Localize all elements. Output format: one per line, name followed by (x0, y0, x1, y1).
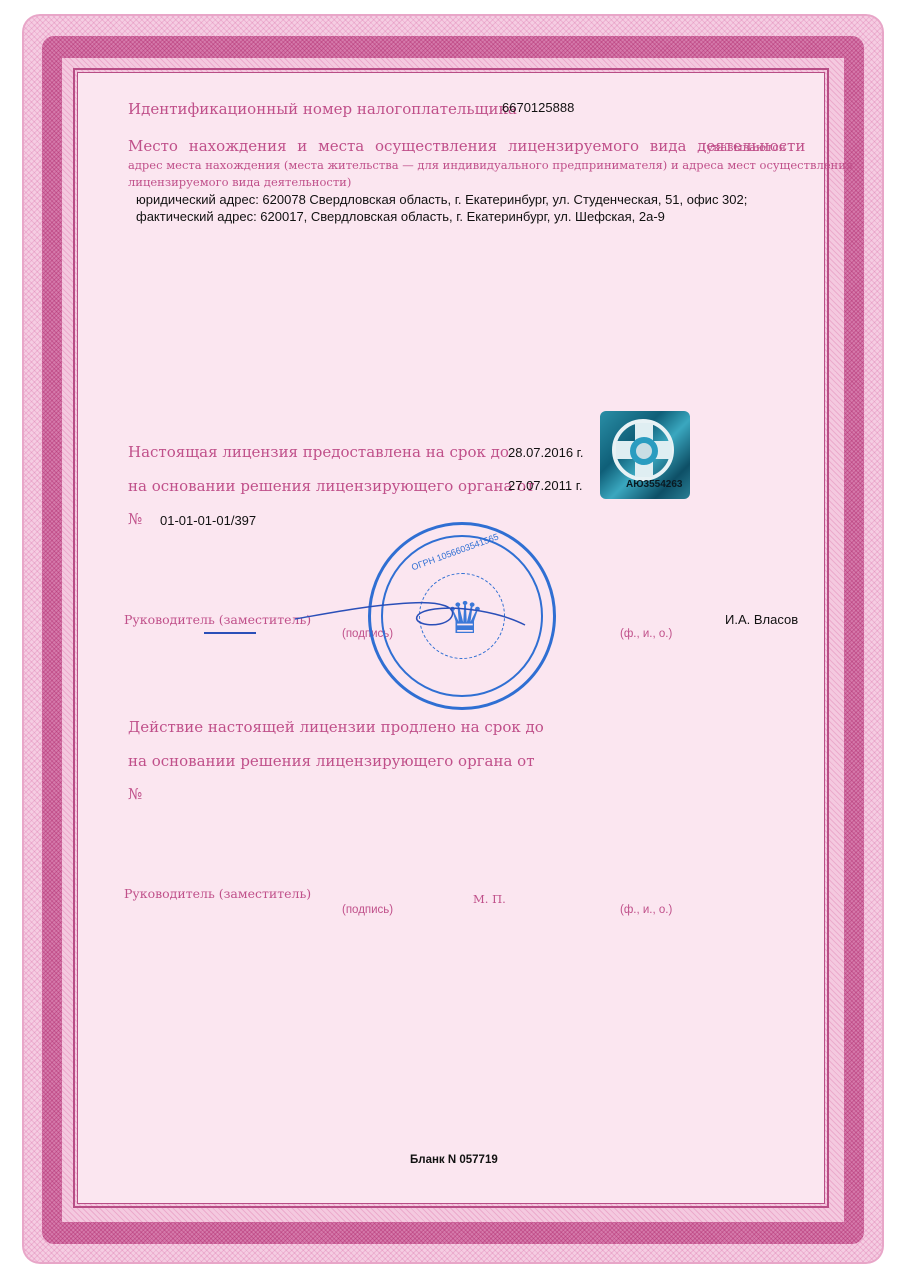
extension-number-label: № (128, 785, 142, 803)
extension-name-label: (ф., и., о.) (620, 904, 672, 916)
signatory-name: И.А. Власов (725, 612, 798, 627)
decision-label: на основании решения лицензирующего орга… (128, 477, 535, 495)
license-sheet: Идентификационный номер налогоплательщик… (0, 0, 907, 1280)
name-label: (ф., и., о.) (620, 628, 672, 640)
license-number-value: 01-01-01-01/397 (160, 513, 256, 528)
legal-address: юридический адрес: 620078 Свердловская о… (136, 192, 747, 207)
valid-until-value: 28.07.2016 г. (508, 445, 583, 460)
extension-stamp-label: М. П. (473, 892, 506, 906)
address-label-line3: лицензируемого вида деятельности) (128, 175, 351, 189)
valid-until-label: Настоящая лицензия предоставлена на срок… (128, 443, 509, 461)
hologram-c-emblem-icon (630, 437, 658, 465)
hologram-sticker: АЮ3554263 (600, 411, 690, 499)
decision-date: 27.07.2011 г. (508, 478, 582, 493)
address-label-note: (указываются (702, 140, 786, 154)
extension-decision-label: на основании решения лицензирующего орга… (128, 752, 535, 770)
extension-signatory-role-label: Руководитель (заместитель) (124, 886, 311, 901)
form-number: Бланк N 057719 (410, 1154, 498, 1166)
address-label-line2: адрес места нахождения (места жительства… (128, 158, 853, 172)
extension-until-label: Действие настоящей лицензии продлено на … (128, 718, 544, 736)
signatory-role-label: Руководитель (заместитель) (124, 612, 311, 627)
taxpayer-id-label: Идентификационный номер налогоплательщик… (128, 100, 517, 118)
hologram-serial: АЮ3554263 (626, 479, 682, 490)
signature-underline (204, 632, 256, 634)
number-label: № (128, 510, 142, 528)
extension-signature-label: (подпись) (342, 904, 393, 916)
actual-address: фактический адрес: 620017, Свердловская … (136, 209, 665, 224)
taxpayer-id-value: 6670125888 (502, 100, 574, 115)
handwritten-signature (290, 585, 530, 645)
